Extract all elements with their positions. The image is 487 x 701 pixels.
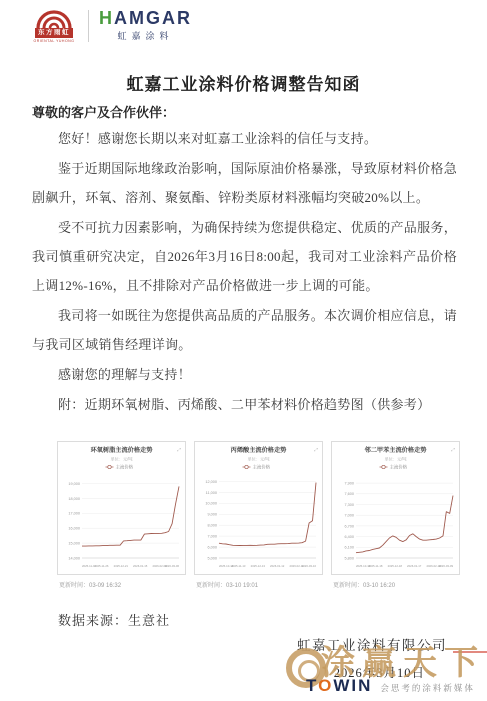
svg-text:7,300: 7,300 [344, 503, 354, 507]
towin-letters-rest: WIN [333, 676, 372, 695]
chart-card-xylene: 邻二甲苯主流价格走势单位：元/吨主流价格⤢5,8006,1006,4006,70… [331, 441, 460, 589]
epoxy-price-chart: 环氧树脂主流价格走势单位：元/吨主流价格⤢14,00015,00016,0001… [58, 442, 185, 574]
letter-body: 您好！感谢您长期以来对虹嘉工业涂料的信任与支持。 鉴于近期国际地缘政治影响，国际… [32, 124, 457, 420]
chart-card-epoxy: 环氧树脂主流价格走势单位：元/吨主流价格⤢14,00015,00016,0001… [57, 441, 186, 589]
paragraph: 受不可抗力因素影响，为确保持续为您提供稳定、优质的产品服务，我司慎重研究决定，自… [32, 213, 457, 300]
svg-text:7,000: 7,000 [207, 535, 217, 539]
towin-letter-o: O [318, 676, 333, 695]
svg-text:7,900: 7,900 [344, 482, 354, 486]
svg-text:2025-12-18: 2025-12-18 [388, 564, 403, 568]
svg-text:10,000: 10,000 [205, 502, 217, 506]
svg-text:⤢: ⤢ [177, 447, 181, 452]
svg-text:主流价格: 主流价格 [390, 464, 408, 471]
acrylic-price-chart: 丙烯酸主流价格走势单位：元/吨主流价格⤢5,0006,0007,0008,000… [195, 442, 322, 574]
svg-text:6,100: 6,100 [344, 546, 354, 550]
svg-text:5,800: 5,800 [344, 556, 354, 560]
svg-text:6,700: 6,700 [344, 524, 354, 528]
red-scan-mark [453, 651, 487, 653]
svg-text:2026-01-15: 2026-01-15 [133, 564, 148, 568]
svg-text:单位：元/吨: 单位：元/吨 [247, 456, 270, 463]
svg-text:6,400: 6,400 [344, 535, 354, 539]
letter-page: 东方雨虹 ORIENTAL YUHONG HAMGAR 虹嘉涂料 虹嘉工业涂料价… [0, 0, 487, 701]
svg-text:2026-03-06: 2026-03-06 [165, 564, 180, 568]
header: 东方雨虹 ORIENTAL YUHONG HAMGAR 虹嘉涂料 [30, 8, 192, 43]
yuhong-english: ORIENTAL YUHONG [34, 39, 75, 43]
towin-logo: TOWIN [306, 676, 372, 696]
salutation: 尊敬的客户及合作伙伴： [32, 102, 175, 121]
paragraph: 感谢您的理解与支持！ [32, 360, 457, 389]
svg-text:17,000: 17,000 [68, 512, 80, 516]
svg-text:单位：元/吨: 单位：元/吨 [384, 456, 407, 463]
svg-text:11,000: 11,000 [206, 491, 217, 495]
chart-update-time: 更新时间：03-09 16:32 [57, 580, 186, 589]
svg-text:邻二甲苯主流价格走势: 邻二甲苯主流价格走势 [364, 446, 428, 454]
svg-text:⤢: ⤢ [451, 447, 455, 452]
svg-text:2026-01-12: 2026-01-12 [270, 564, 285, 568]
company-name: 虹嘉工业涂料有限公司 [297, 634, 447, 654]
svg-text:主流价格: 主流价格 [253, 464, 271, 471]
paragraph: 鉴于近期国际地缘政治影响，国际原油价格暴涨，导致原材料价格急剧飙升，环氧、溶剂、… [32, 154, 457, 212]
svg-text:单位：元/吨: 单位：元/吨 [110, 456, 133, 463]
paragraph: 您好！感谢您长期以来对虹嘉工业涂料的信任与支持。 [32, 124, 457, 153]
hamgar-brand-rest: AMGAR [114, 8, 192, 28]
svg-text:18,000: 18,000 [68, 497, 80, 501]
page-title: 虹嘉工业涂料价格调整告知函 [0, 70, 487, 95]
towin-brand-line: TOWIN 会思考的涂料新媒体 [306, 676, 475, 696]
paragraph: 我司将一如既往为您提供高品质的产品服务。本次调价相应信息，请与我司区域销售经理详… [32, 301, 457, 359]
hamgar-logo: HAMGAR 虹嘉涂料 [99, 9, 192, 42]
svg-text:7,000: 7,000 [344, 514, 354, 518]
svg-text:2025-11-13: 2025-11-13 [231, 564, 246, 568]
svg-text:环氧树脂主流价格走势: 环氧树脂主流价格走势 [91, 446, 154, 454]
svg-text:6,000: 6,000 [207, 546, 217, 550]
towin-tagline: 会思考的涂料新媒体 [380, 682, 475, 694]
chart-frame: 环氧树脂主流价格走势单位：元/吨主流价格⤢14,00015,00016,0001… [57, 441, 186, 575]
svg-text:2026-01-17: 2026-01-17 [407, 564, 422, 568]
svg-text:2026-03-09: 2026-03-09 [439, 564, 454, 568]
svg-text:2025-12-13: 2025-12-13 [251, 564, 266, 568]
chart-update-time: 更新时间：03-10 19:01 [194, 580, 323, 589]
svg-text:2025-11-26: 2025-11-26 [94, 564, 109, 568]
svg-text:丙烯酸主流价格走势: 丙烯酸主流价格走势 [231, 446, 287, 454]
svg-text:7,600: 7,600 [344, 492, 354, 496]
logo-divider [88, 10, 89, 42]
chart-card-acrylic: 丙烯酸主流价格走势单位：元/吨主流价格⤢5,0006,0007,0008,000… [194, 441, 323, 589]
chart-frame: 邻二甲苯主流价格走势单位：元/吨主流价格⤢5,8006,1006,4006,70… [331, 441, 460, 575]
hamgar-brand-h: H [99, 8, 114, 28]
charts-row: 环氧树脂主流价格走势单位：元/吨主流价格⤢14,00015,00016,0001… [57, 441, 460, 589]
hamgar-brand: HAMGAR [99, 9, 192, 27]
svg-text:15,000: 15,000 [68, 542, 80, 546]
svg-text:2026-03-10: 2026-03-10 [302, 564, 317, 568]
rainbow-arch-icon [34, 8, 74, 28]
yuhong-logo: 东方雨虹 ORIENTAL YUHONG [30, 8, 78, 43]
chart-frame: 丙烯酸主流价格走势单位：元/吨主流价格⤢5,0006,0007,0008,000… [194, 441, 323, 575]
svg-text:2025-12-21: 2025-12-21 [114, 564, 129, 568]
svg-text:14,000: 14,000 [68, 556, 80, 560]
chart-update-time: 更新时间：03-10 16:20 [331, 580, 460, 589]
svg-text:主流价格: 主流价格 [116, 464, 134, 471]
data-source-note: 数据来源：生意社 [58, 610, 170, 629]
svg-text:9,000: 9,000 [207, 513, 217, 517]
attachment-note: 附：近期环氧树脂、丙烯酸、二甲苯材料价格趋势图（供参考） [32, 390, 457, 419]
towin-letter-t: T [306, 676, 318, 695]
yuhong-name: 东方雨虹 [35, 28, 73, 38]
svg-text:16,000: 16,000 [68, 527, 80, 531]
svg-text:8,000: 8,000 [207, 524, 217, 528]
svg-text:2025-11-18: 2025-11-18 [368, 564, 383, 568]
svg-text:12,000: 12,000 [205, 480, 217, 484]
svg-text:5,000: 5,000 [207, 556, 217, 560]
hamgar-chinese-name: 虹嘉涂料 [117, 29, 173, 42]
svg-text:⤢: ⤢ [314, 447, 318, 452]
xylene-price-chart: 邻二甲苯主流价格走势单位：元/吨主流价格⤢5,8006,1006,4006,70… [332, 442, 459, 574]
svg-text:19,000: 19,000 [68, 482, 80, 486]
